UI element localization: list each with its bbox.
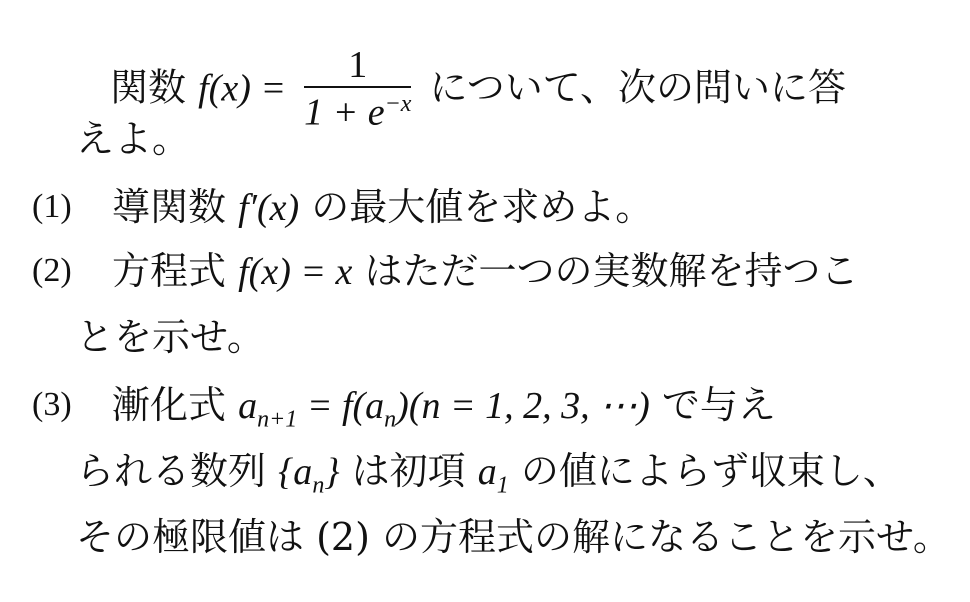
intro-line-2: えよ。 — [76, 120, 190, 158]
intro-line-1: 関数 f(x) = 1 1 + e−x について、次の問いに答 — [110, 48, 846, 134]
question-1-label: (1) — [32, 188, 72, 226]
question-2-line-2: とを示せ。 — [76, 318, 265, 356]
fraction: 1 1 + e−x — [304, 46, 411, 132]
intro-prefix: 関数 — [110, 65, 186, 109]
fraction-denominator: 1 + e−x — [304, 88, 411, 132]
intro-suffix: について、次の問いに答 — [430, 65, 846, 109]
function-definition: f(x) = — [198, 67, 286, 109]
fraction-numerator: 1 — [304, 46, 411, 88]
question-2-label: (2) — [32, 252, 72, 290]
question-1-line-1: 導関数 f′(x) の最大値を求めよ。 — [112, 188, 653, 227]
question-3-line-2: られる数列 {an} は初項 a1 の値によらず収束し、 — [76, 452, 901, 498]
question-3-line-1: 漸化式 an+1 = f(an)(n = 1, 2, 3, ⋯) で与え — [112, 386, 776, 432]
question-2-line-1: 方程式 f(x) = x はただ一つの実数解を持つこ — [112, 252, 858, 291]
question-3-line-3: その極限値は (2) の方程式の解になることを示せ。 — [76, 518, 951, 556]
question-3-label: (3) — [32, 386, 72, 424]
